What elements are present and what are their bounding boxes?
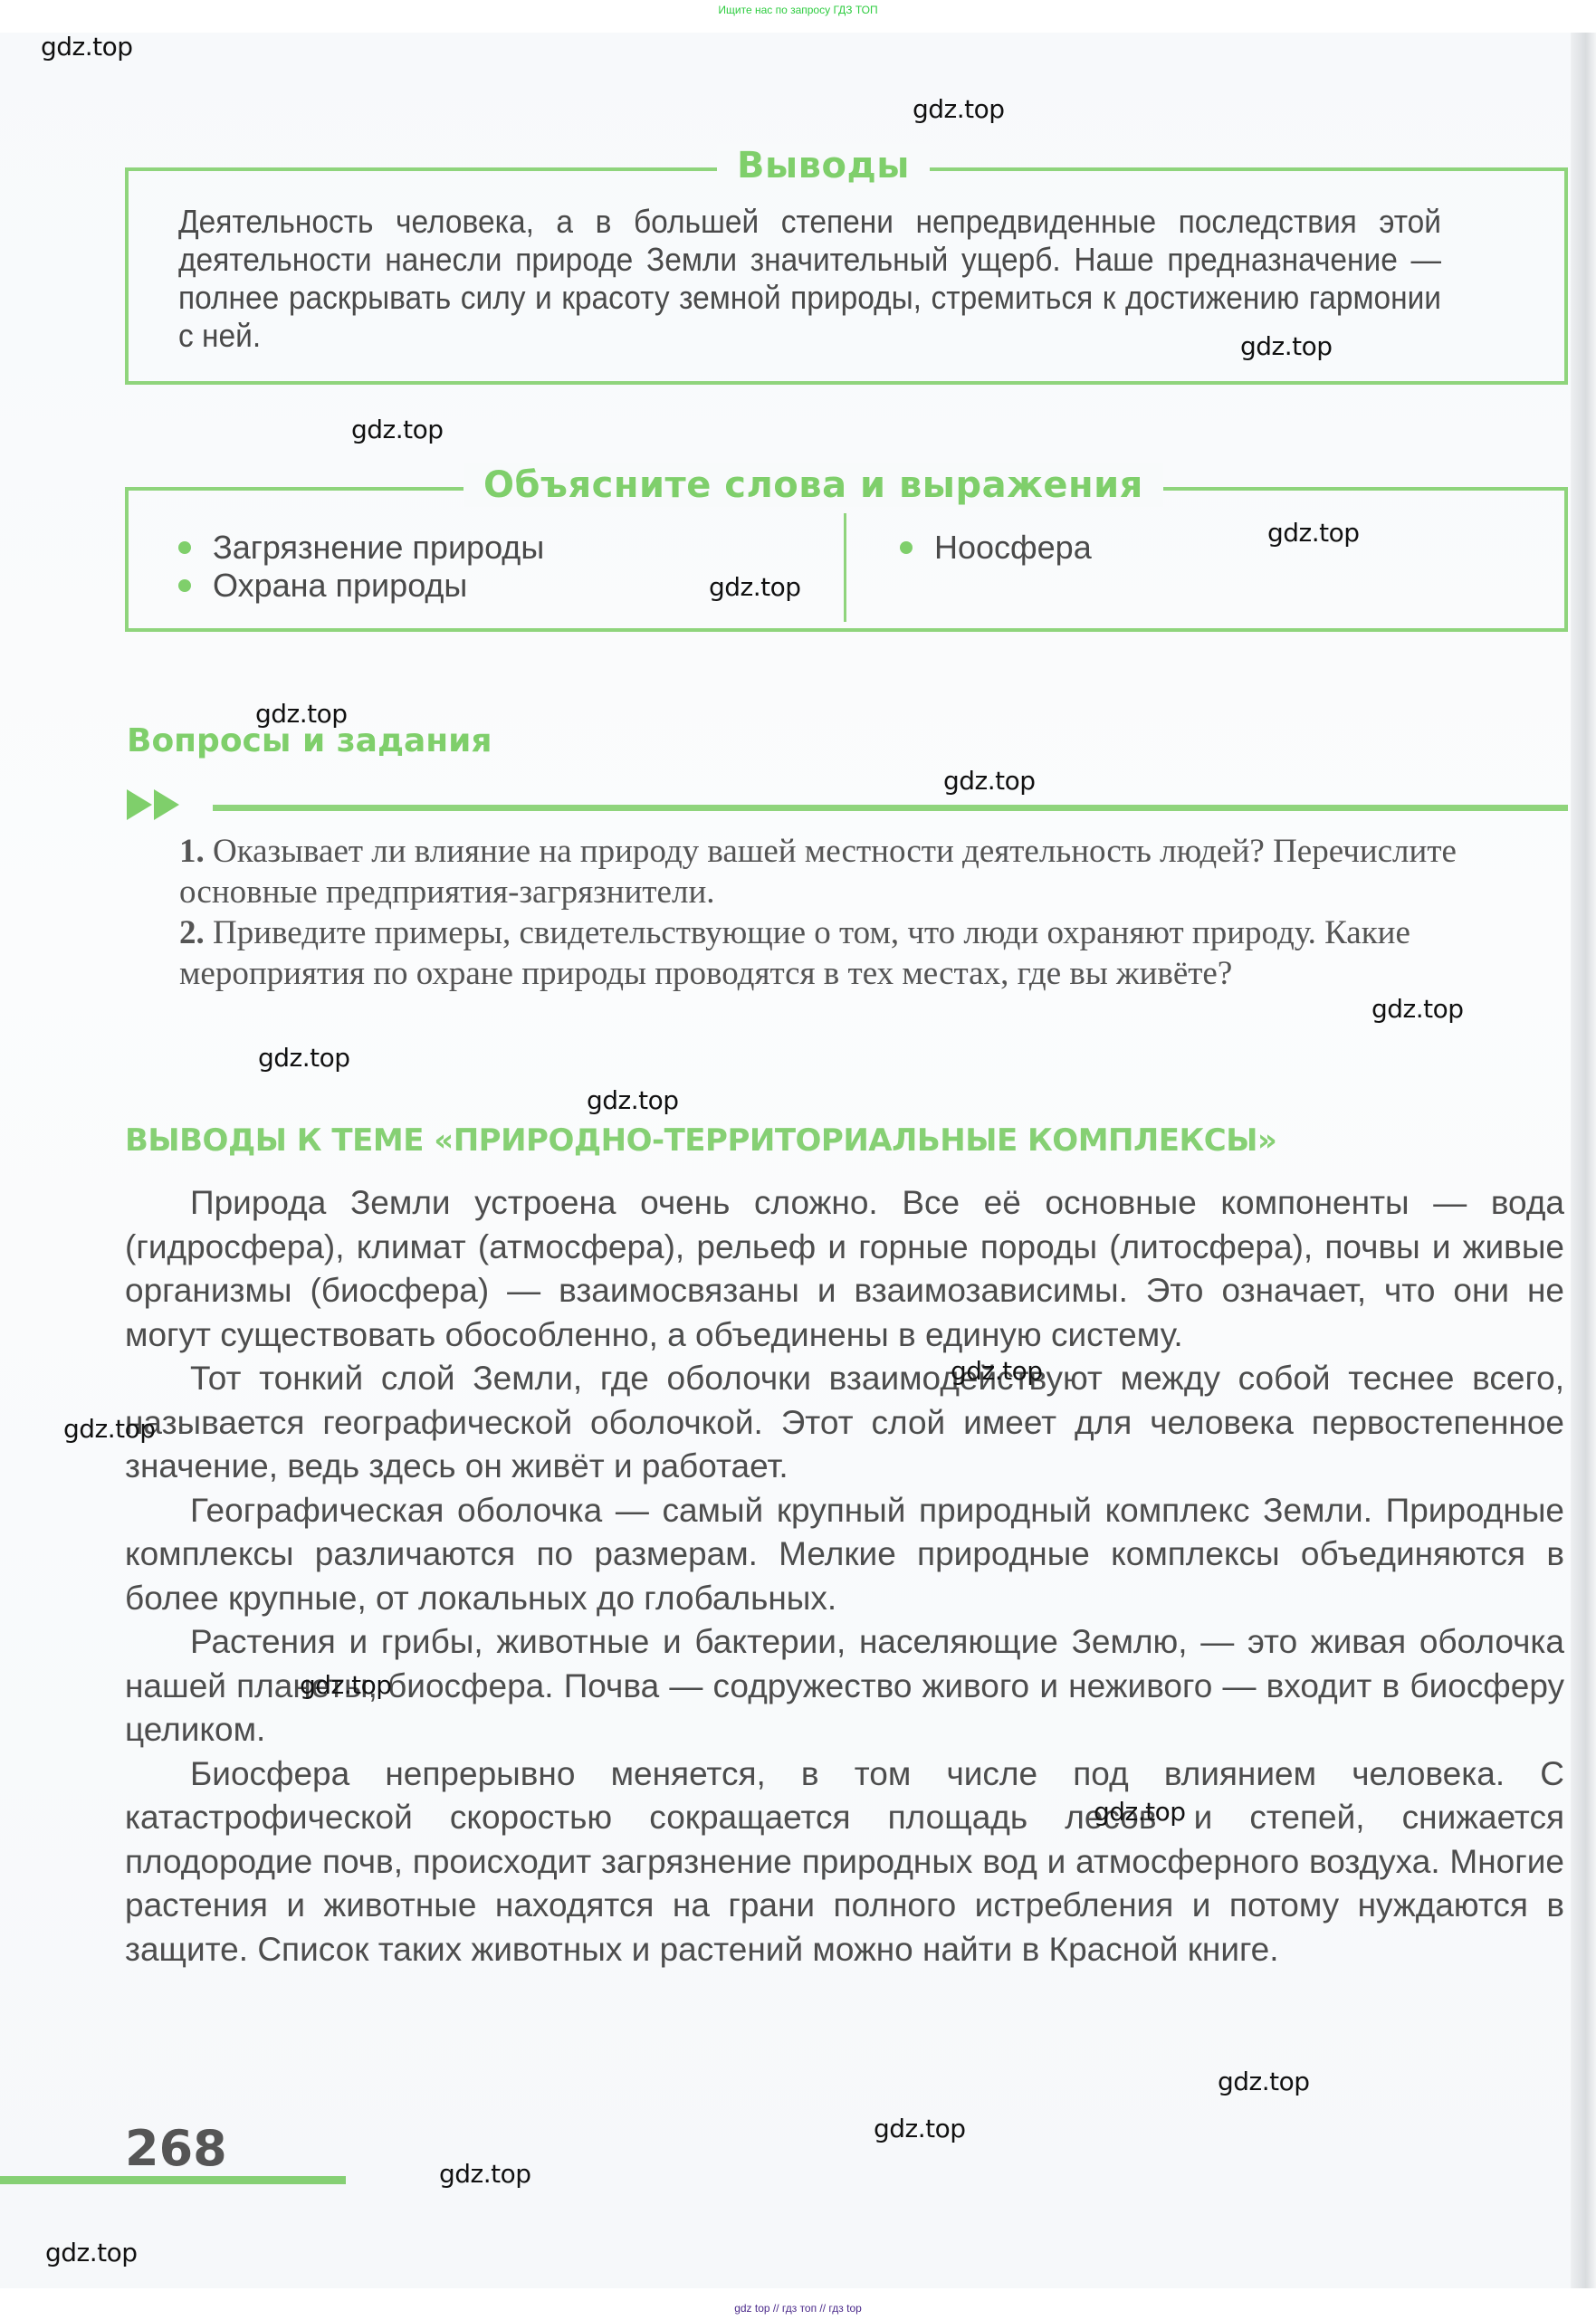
- topic-paragraph: Тот тонкий слой Земли, где оболочки взаи…: [125, 1357, 1564, 1489]
- question-item: 2. Приведите примеры, свидетельствующие …: [179, 912, 1564, 994]
- watermark[interactable]: gdz.top: [439, 2159, 531, 2189]
- page-number: 268: [125, 2120, 227, 2177]
- watermark[interactable]: gdz.top: [1267, 518, 1360, 548]
- questions-rule: [213, 805, 1568, 811]
- term-item: Охрана природы: [178, 567, 544, 605]
- watermark[interactable]: gdz.top: [1371, 994, 1464, 1024]
- watermark[interactable]: gdz.top: [709, 572, 801, 602]
- terms-divider: [844, 513, 846, 622]
- page-number-rule: [0, 2176, 346, 2184]
- watermark[interactable]: gdz.top: [45, 2238, 138, 2267]
- watermark[interactable]: gdz.top: [1240, 331, 1333, 361]
- term-label: Ноосфера: [934, 529, 1092, 567]
- bullet-icon: [178, 541, 191, 554]
- watermark[interactable]: gdz.top: [1094, 1797, 1186, 1827]
- watermark[interactable]: gdz.top: [300, 1670, 392, 1700]
- double-arrow-icon: [127, 789, 181, 820]
- topic-paragraph: Биосфера непрерывно меняется, в том числ…: [125, 1752, 1564, 1972]
- summary-box: Выводы Деятельность человека, а в больше…: [125, 167, 1568, 385]
- watermark[interactable]: gdz.top: [913, 94, 1005, 124]
- topic-body: Природа Земли устроена очень сложно. Все…: [125, 1181, 1564, 1972]
- watermark[interactable]: gdz.top: [41, 32, 133, 62]
- topic-paragraph: Географическая оболочка — самый крупный …: [125, 1489, 1564, 1621]
- question-item: 1. Оказывает ли влияние на природу вашей…: [179, 831, 1564, 912]
- watermark[interactable]: gdz.top: [951, 1356, 1043, 1386]
- watermark[interactable]: gdz.top: [255, 699, 348, 729]
- watermark[interactable]: gdz.top: [943, 766, 1036, 796]
- topic-paragraph: Природа Земли устроена очень сложно. Все…: [125, 1181, 1564, 1357]
- questions-list: 1. Оказывает ли влияние на природу вашей…: [179, 831, 1564, 994]
- top-banner: Ищите нас по запросу ГДЗ ТОП: [0, 4, 1596, 16]
- term-label: Охрана природы: [213, 567, 467, 605]
- bullet-icon: [178, 579, 191, 592]
- terms-column-right: Ноосфера: [900, 529, 1092, 567]
- watermark[interactable]: gdz.top: [63, 1414, 156, 1444]
- terms-box: Объясните слова и выражения Загрязнение …: [125, 487, 1568, 632]
- watermark[interactable]: gdz.top: [351, 415, 444, 444]
- terms-column-left: Загрязнение природы Охрана природы: [178, 529, 544, 605]
- term-item: Ноосфера: [900, 529, 1092, 567]
- terms-title: Объясните слова и выражения: [464, 463, 1163, 507]
- bullet-icon: [900, 541, 913, 554]
- watermark[interactable]: gdz.top: [1218, 2067, 1310, 2096]
- topic-heading: ВЫВОДЫ К ТЕМЕ «ПРИРОДНО-ТЕРРИТОРИАЛЬНЫЕ …: [125, 1122, 1276, 1159]
- summary-title: Выводы: [717, 144, 930, 187]
- page-edge: [1571, 33, 1596, 2288]
- term-item: Загрязнение природы: [178, 529, 544, 567]
- watermark[interactable]: gdz.top: [587, 1085, 679, 1115]
- watermark[interactable]: gdz.top: [874, 2114, 966, 2143]
- term-label: Загрязнение природы: [213, 529, 544, 567]
- watermark[interactable]: gdz.top: [258, 1043, 350, 1073]
- bottom-banner: gdz top // гдз топ // гдз top: [0, 2302, 1596, 2315]
